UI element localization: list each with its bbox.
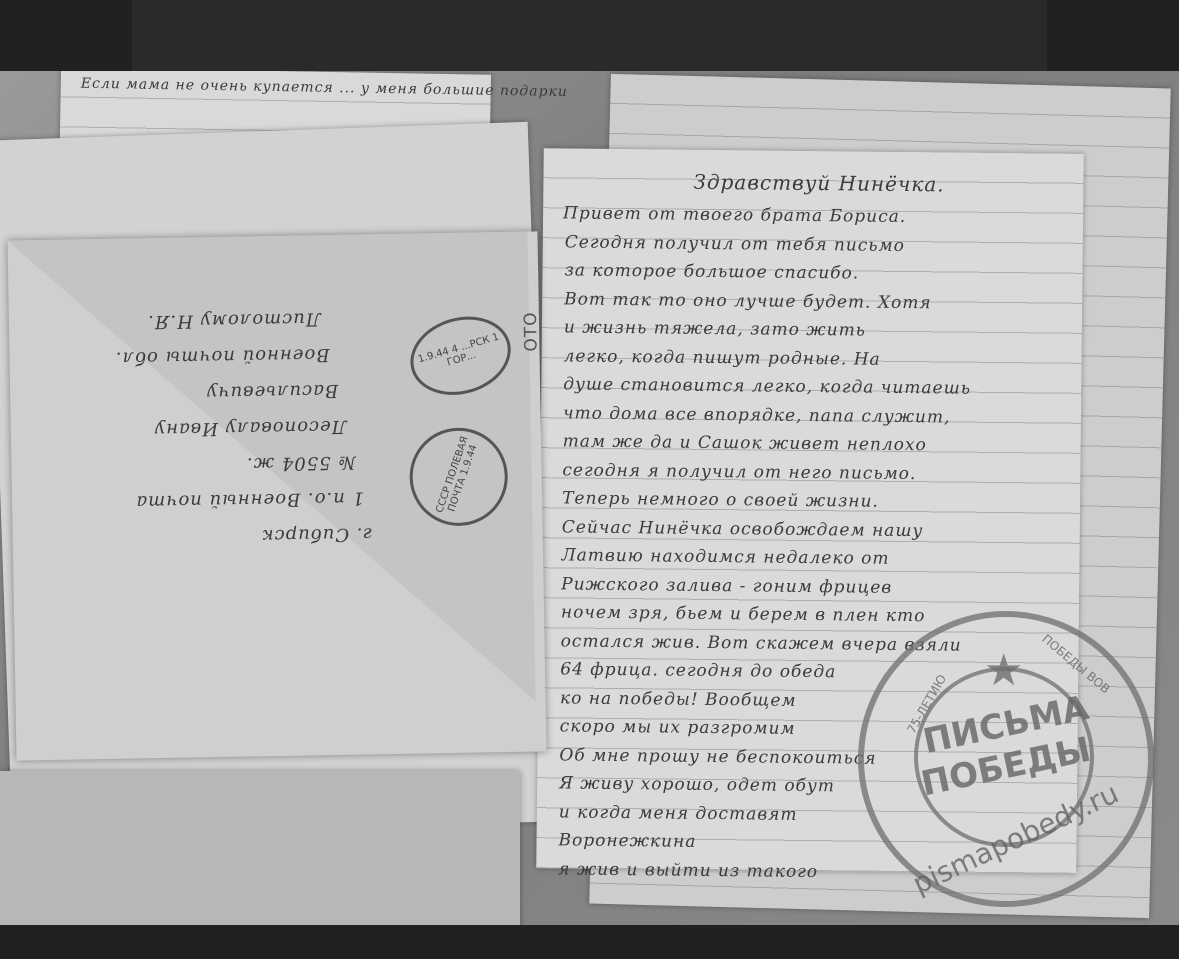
letter-greeting: Здравствуй Нинёчка. xyxy=(693,170,944,197)
background-note: Если мама не очень купается ... у меня б… xyxy=(81,76,568,101)
pismapobedy-watermark: ★ 75-ЛЕТИЮ ПОБЕДЫ ВОВ ПИСЬМА ПОБЕДЫ pism… xyxy=(858,611,1154,907)
letter-line: Теперь немного о своей жизни. xyxy=(562,488,879,511)
letter-line: Вот так то оно лучше будет. Хотя xyxy=(564,289,932,313)
envelope-address-line: 1 п.о. Военный почта xyxy=(135,487,364,512)
letter-line: ночем зря, бьем и берем в плен кто xyxy=(561,602,926,626)
triangle-envelope: г. Сибирск1 п.о. Военный почта№ 5504 ж.Л… xyxy=(8,231,547,760)
envelope-address-line: Листолому Н.Я. xyxy=(147,308,321,332)
bottom-frame-bar xyxy=(0,925,1179,959)
letter-line: за которое большое спасибо. xyxy=(564,260,859,283)
envelope-address-line: № 5504 ж. xyxy=(246,452,356,475)
letter-line: Латвию находимся недалеко от xyxy=(561,545,889,568)
letter-line: Привет от твоего брата Бориса. xyxy=(563,203,906,227)
envelope-address-line: Васильевичу xyxy=(206,380,339,403)
letter-line: сегодня я получил от него письмо. xyxy=(562,460,916,484)
top-frame-bar xyxy=(0,0,1179,71)
envelope-address: г. Сибирск1 п.о. Военный почта№ 5504 ж.Л… xyxy=(48,254,393,560)
bottom-left-paper xyxy=(0,771,520,925)
letter-line: скоро мы их разгромим xyxy=(560,716,796,738)
letter-line: душе становится легко, когда читаешь xyxy=(563,374,971,398)
letter-line: Рижского залива - гоним фрицев xyxy=(561,574,892,597)
envelope-address-line: г. Сибирск xyxy=(262,523,373,546)
letter-line: Воронежкина xyxy=(558,830,696,851)
letter-line: легко, когда пишут родные. На xyxy=(564,346,881,369)
letter-line: я жив и выйти из такого xyxy=(558,859,818,882)
letters-photo: Если мама не очень купается ... у меня б… xyxy=(0,71,1179,925)
letter-line: там же да и Сашок живет неплохо xyxy=(563,431,927,455)
envelope-side-text: ОТО xyxy=(521,311,542,351)
letter-line: Об мне прошу не беспокоиться xyxy=(559,745,876,768)
faded-photo-overlay xyxy=(132,0,1047,71)
letter-line: Сегодня получил от тебя письмо xyxy=(565,232,905,256)
letter-line: остался жив. Вот скажем вчера взяли xyxy=(561,631,962,655)
letter-line: Я живу хорошо, одет обут xyxy=(559,773,835,796)
letter-line: что дома все впорядке, папа служит, xyxy=(563,403,951,427)
letter-line: 64 фрица. сегодня до обеда xyxy=(560,659,836,682)
letter-line: ко на победы! Вообщем xyxy=(560,688,797,710)
envelope-address-line: Военной почты обл. xyxy=(115,344,330,369)
letter-line: и жизнь тяжела, зато жить xyxy=(564,317,866,340)
envelope-address-line: Лесоповалу Ивану xyxy=(154,416,347,440)
letter-line: Сейчас Нинёчка освобождаем нашу xyxy=(562,517,924,541)
letter-line: и когда меня доставят xyxy=(559,802,798,824)
star-icon: ★ xyxy=(984,645,1023,696)
